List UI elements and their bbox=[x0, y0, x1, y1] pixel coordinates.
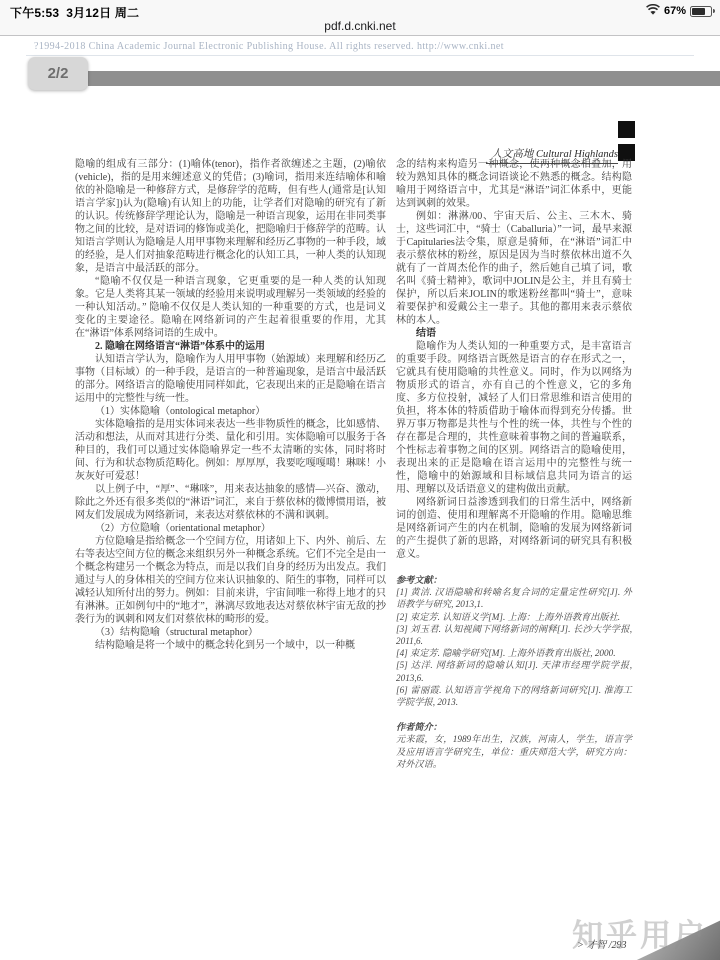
copyright-line: ?1994-2018 China Academic Journal Electr… bbox=[34, 41, 504, 52]
paragraph: 隐喻作为人类认知的一种重要方式，是丰富语言的重要手段。网络语言既然是语言的存在形… bbox=[396, 340, 632, 496]
section-heading: 结语 bbox=[396, 327, 632, 340]
paragraph: （3）结构隐喻（structural metaphor） bbox=[75, 626, 386, 639]
status-indicators: 67% bbox=[646, 4, 712, 18]
battery-percent: 67% bbox=[664, 5, 686, 17]
paragraph: （1）实体隐喻（ontological metaphor） bbox=[75, 405, 386, 418]
header-square-top bbox=[618, 121, 635, 138]
paragraph: [3] 刘玉君. 认知视阈下网络新词的阐释[J]. 长沙大学学报, 2011,6… bbox=[396, 623, 632, 647]
left-column: 隐喻的组成有三部分：(1)喻体(tenor)，指作者欲缠述之主题，(2)喻依(v… bbox=[75, 158, 386, 652]
paragraph: “隐喻不仅仅是一种语言现象，它更重要的是一种人类的认知现象。它是人类将其某一领域… bbox=[75, 275, 386, 340]
paragraph: 结构隐喻是将一个域中的概念转化到另一个域中，以一种概 bbox=[75, 639, 386, 652]
paragraph: 以上例子中，“厚”、“琳咪”，用来表达抽象的感情—兴奋、激动，除此之外还有很多类… bbox=[75, 483, 386, 522]
address-bar[interactable]: pdf.d.cnki.net bbox=[0, 19, 720, 33]
time-text: 下午5:53 bbox=[10, 6, 59, 20]
section-heading: 2. 隐喻在网络语言“淋语”体系中的运用 bbox=[75, 340, 386, 353]
paragraph: [1] 黄洁. 汉语隐喻和转喻名复合词的定量定性研究[J]. 外语教学与研究, … bbox=[396, 586, 632, 610]
paragraph: 网络新词日益渗透到我们的日常生活中，网络新词的创造、使用和理解离不开隐喻的作用。… bbox=[396, 496, 632, 561]
date-text: 3月12日 周二 bbox=[66, 6, 139, 20]
paragraph: 隐喻的组成有三部分：(1)喻体(tenor)，指作者欲缠述之主题，(2)喻依(v… bbox=[75, 158, 386, 275]
paragraph: 方位隐喻是指给概念一个空间方位，用诸如上下、内外、前后、左右等表达空间方位的概念… bbox=[75, 535, 386, 626]
paragraph: 元来霞，女，1989年出生，汉族，河南人，学生，语言学及应用语言学研究生，单位：… bbox=[396, 733, 632, 770]
paragraph: （2）方位隐喻（orientational metaphor） bbox=[75, 522, 386, 535]
paragraph: 例如：淋淋/00、宇宙天后、公主、三木木、骑士，这些词汇中，“骑士（Caball… bbox=[396, 210, 632, 327]
paragraph: [6] 雷丽霞. 认知语言学视角下的网络新词研究[J]. 淮海工学院学报, 20… bbox=[396, 684, 632, 708]
list-heading: 参考文献： bbox=[396, 574, 632, 586]
zhihu-watermark: 知乎用户 bbox=[572, 910, 708, 955]
paragraph: [4] 束定芳. 隐喻学研究[M]. 上海外语教育出版社, 2000. bbox=[396, 647, 632, 659]
page-gap-band bbox=[88, 71, 720, 86]
list-heading: 作者简介： bbox=[396, 721, 632, 733]
paragraph: 实体隐喻指的是用实体词来表达一些非物质性的概念，比如感情、活动和想法，从而对其进… bbox=[75, 418, 386, 483]
paragraph: 念的结构来构造另一种概念，使两种概念相叠加，用较为熟知具体的概念词语谈论不熟悉的… bbox=[396, 158, 632, 210]
page-divider-line bbox=[26, 55, 694, 56]
paragraph: [2] 束定芳. 认知语义学[M]. 上海：上海外语教育出版社. bbox=[396, 611, 632, 623]
status-bar: 下午5:53 3月12日 周二 67% pdf.d.cnki.net bbox=[0, 0, 720, 36]
battery-icon bbox=[690, 6, 712, 17]
paragraph: 认知语言学认为，隐喻作为人用甲事物（始源域）来理解和经历乙事物（目标域）的一种手… bbox=[75, 353, 386, 405]
page-indicator-badge: 2/2 bbox=[28, 57, 88, 90]
paragraph: [5] 达洋. 网络新词的隐喻认知[J]. 天津市经理学院学报, 2013,6. bbox=[396, 659, 632, 683]
wifi-icon bbox=[646, 4, 660, 18]
right-column: 念的结构来构造另一种概念，使两种概念相叠加，用较为熟知具体的概念词语谈论不熟悉的… bbox=[396, 158, 632, 770]
